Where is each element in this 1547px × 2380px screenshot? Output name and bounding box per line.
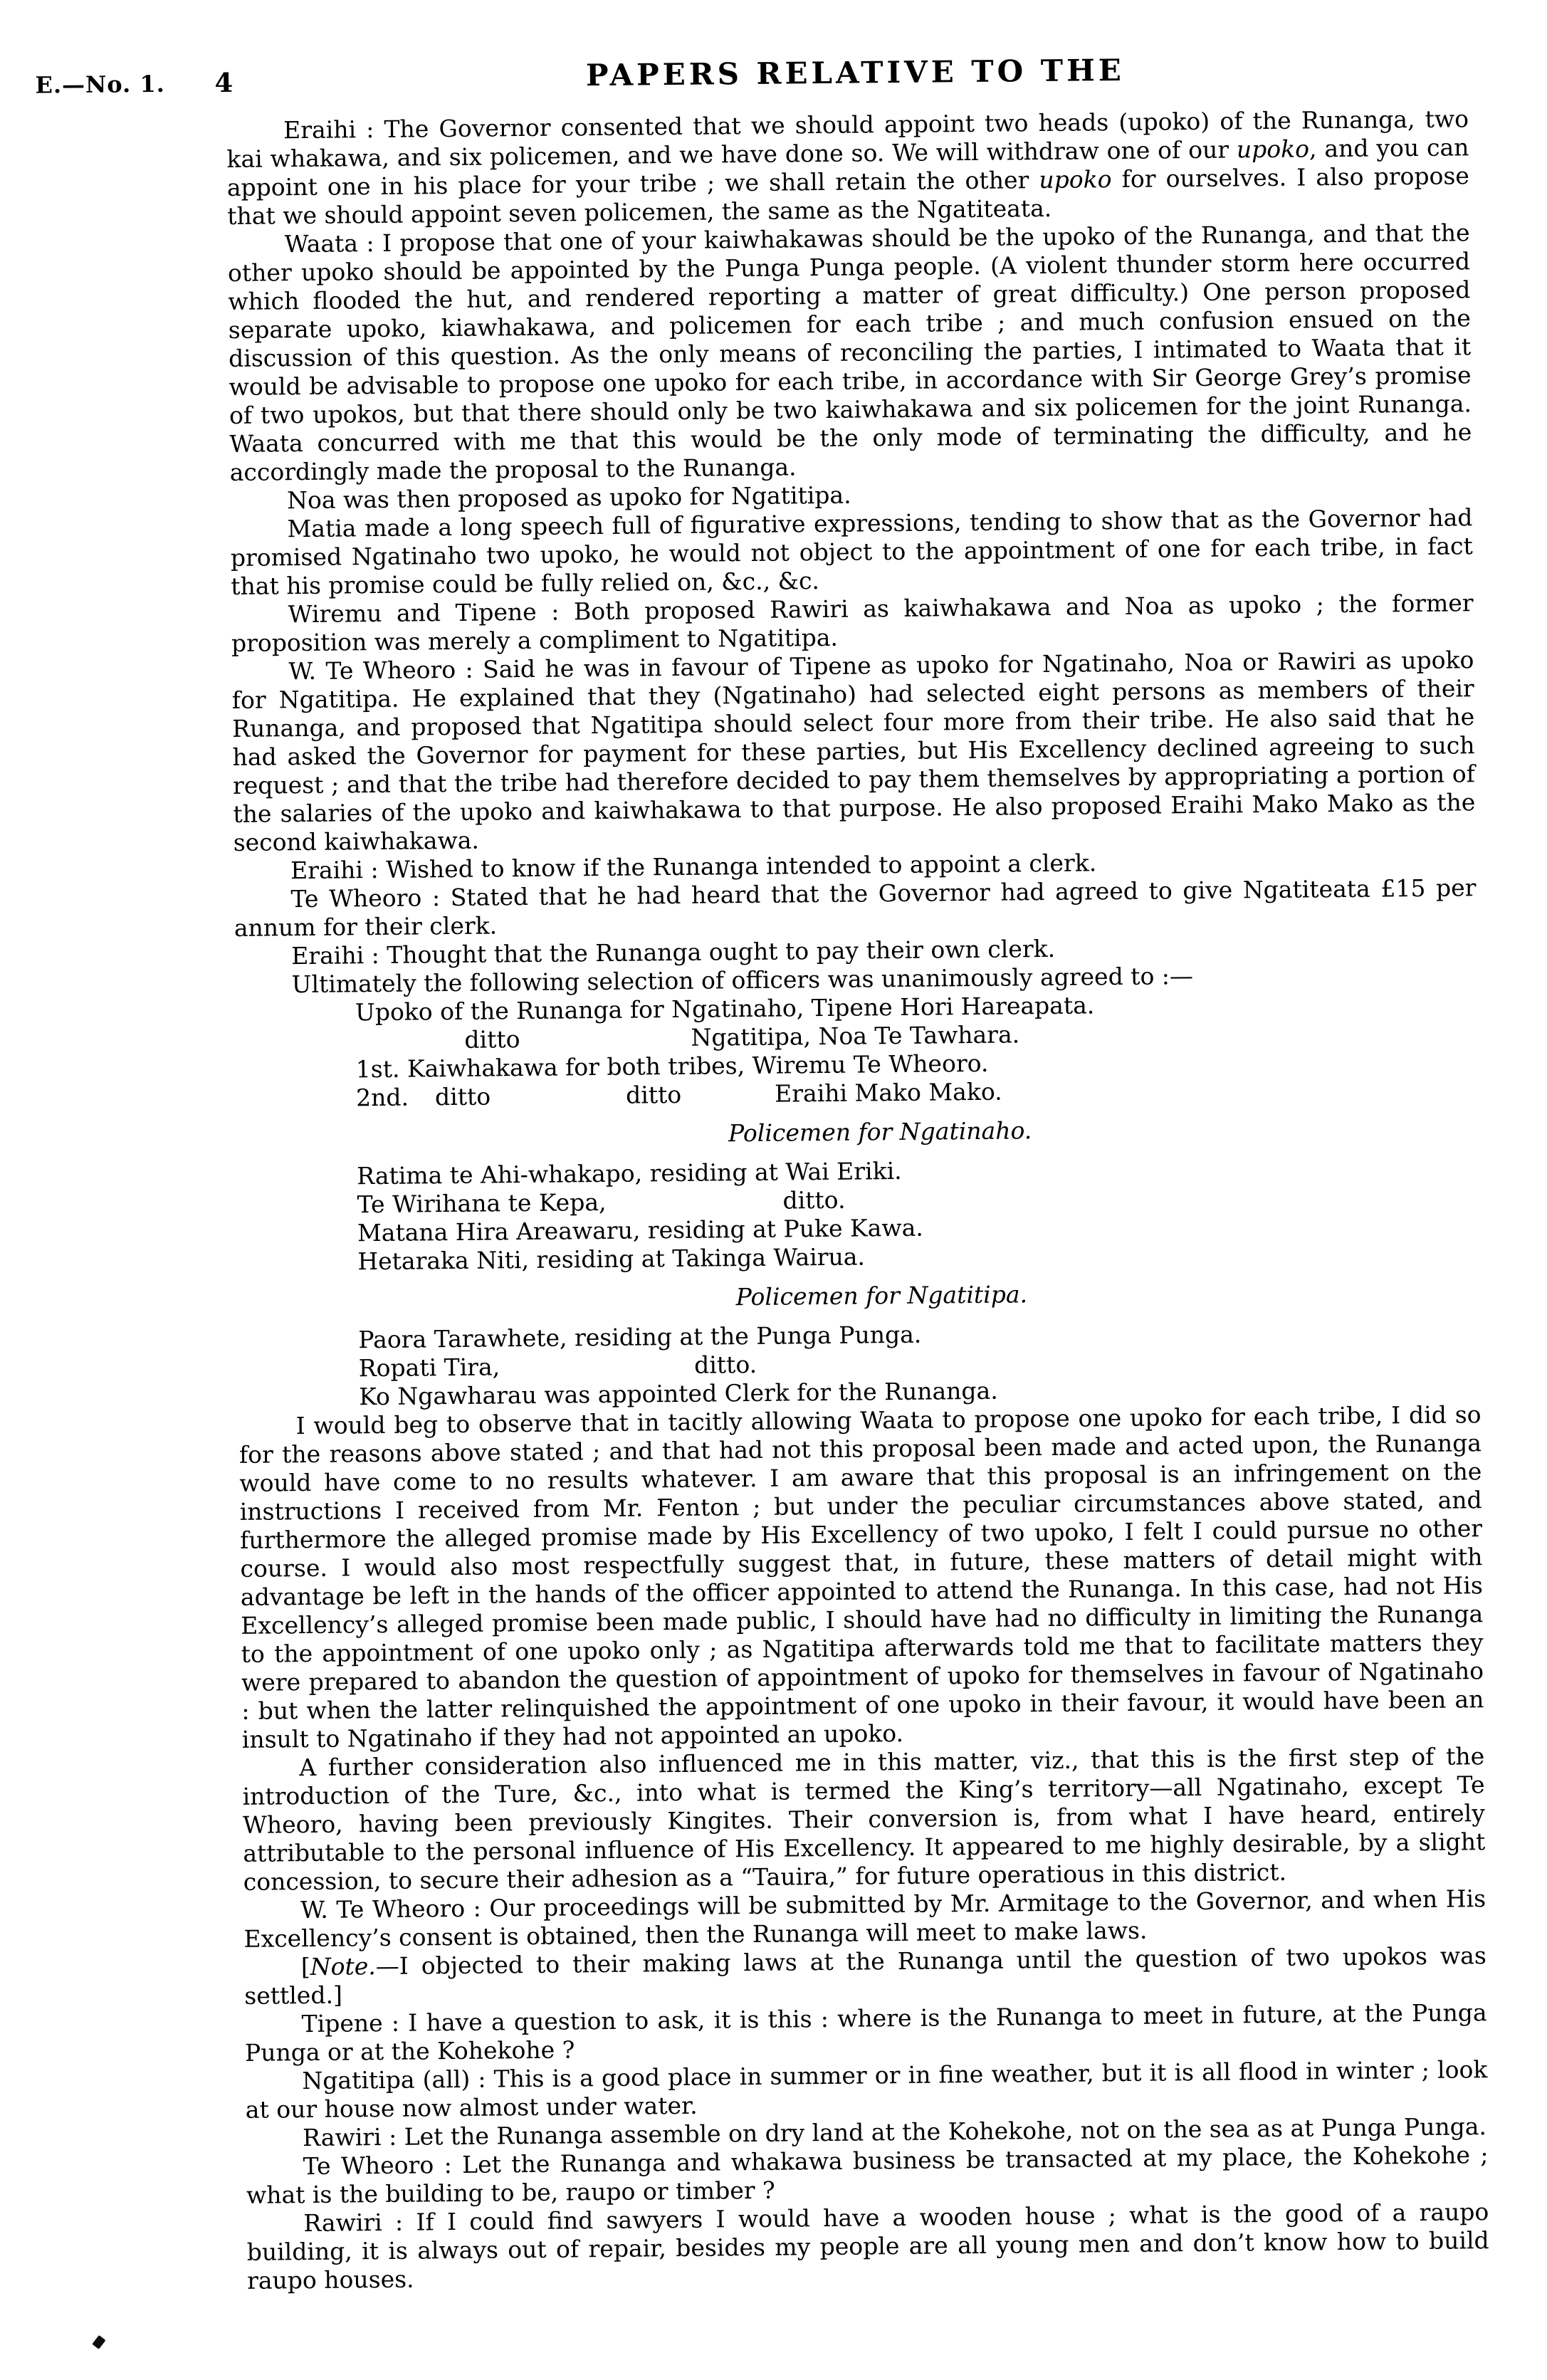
text-run: Te Wheoro : Stated that he had heard tha… — [234, 874, 1477, 942]
paragraph-matia: Matia made a long speech full of figurat… — [230, 503, 1473, 601]
text-run: Te Wheoro : Let the Runanga and whakawa … — [246, 2141, 1489, 2209]
italic-text-run: Note. — [310, 1952, 376, 1981]
text-run: A further consideration also influenced … — [242, 1742, 1485, 1896]
text-run: ditto. — [694, 1351, 757, 1379]
italic-text-run: Policemen for Ngatitipa. — [736, 1280, 1028, 1311]
text-run: —I objected to their making laws at the … — [244, 1941, 1486, 2010]
text-run: ditto — [435, 1083, 491, 1111]
column-spacer — [409, 1104, 435, 1105]
text-run: Wiremu and Tipene : Both proposed Rawiri… — [231, 589, 1474, 657]
text-run: Hetaraka Niti, residing at Takinga Wairu… — [357, 1242, 865, 1275]
column-spacer — [500, 1373, 694, 1375]
text-run: ditto — [464, 1025, 520, 1054]
text-run: Noa was then proposed as upoko for Ngati… — [287, 481, 851, 515]
heading-policemen-ngatinaho: Policemen for Ngatinaho. — [282, 1112, 1479, 1152]
column-spacer — [356, 1047, 465, 1049]
text-column: Eraihi : The Governor consented that we … — [226, 105, 1489, 2295]
text-run: ditto. — [782, 1186, 845, 1215]
italic-text-run: Policemen for Ngatinaho. — [728, 1116, 1032, 1147]
italic-text-run: upoko — [1237, 135, 1309, 163]
text-run: Waata : I propose that one of your kaiwh… — [228, 219, 1472, 486]
text-run: Matia made a long speech full of figurat… — [231, 503, 1473, 600]
text-run: W. Te Wheoro : Said he was in favour of … — [232, 646, 1476, 856]
text-run: Rawiri : If I could find sawyers I would… — [247, 2198, 1489, 2295]
text-run: Ngatitipa, Noa Te Tawhara. — [691, 1020, 1019, 1051]
text-run: Paora Tarawhete, residing at the Punga P… — [358, 1321, 921, 1354]
paragraph-further-consideration: A further consideration also influenced … — [242, 1742, 1486, 1897]
text-run: [ — [301, 1953, 310, 1981]
paragraph-waata: Waata : I propose that one of your kaiwh… — [227, 219, 1472, 487]
column-spacer — [520, 1045, 691, 1047]
column-spacer — [491, 1103, 626, 1105]
ink-spot-artifact — [92, 2335, 105, 2349]
page-number: 4 — [214, 67, 233, 98]
text-run: Ropati Tira, — [359, 1353, 500, 1382]
paragraph-rawiri-2: Rawiri : If I could find sawyers I would… — [246, 2198, 1489, 2295]
text-run: I would beg to observe that in tacitly a… — [239, 1400, 1484, 1753]
column-spacer — [681, 1101, 775, 1103]
paragraph-observation: I would beg to observe that in tacitly a… — [238, 1400, 1484, 1754]
paragraph-w-te-wheoro-1: W. Te Wheoro : Said he was in favour of … — [231, 646, 1476, 857]
paragraph-eraihi-1: Eraihi : The Governor consented that we … — [226, 105, 1469, 231]
text-run: Te Wirihana te Kepa, — [357, 1188, 606, 1218]
scanned-sheet: E.—No. 1. 4 PAPERS RELATIVE TO THE Eraih… — [0, 0, 1547, 2380]
text-run: Tipene : I have a question to ask, it is… — [245, 1998, 1487, 2067]
text-run: Ngatitipa (all) : This is a good place i… — [246, 2055, 1488, 2124]
heading-policemen-ngatitipa: Policemen for Ngatitipa. — [283, 1276, 1480, 1316]
text-run: 2nd. — [356, 1084, 409, 1112]
text-run: Ratima te Ahi-whakapo, residing at Wai E… — [357, 1157, 902, 1190]
italic-text-run: upoko — [1039, 165, 1111, 194]
text-run: ditto — [626, 1081, 681, 1109]
edition-label: E.—No. 1. — [35, 70, 165, 99]
document-page: E.—No. 1. 4 PAPERS RELATIVE TO THE Eraih… — [0, 0, 1547, 2380]
text-run: W. Te Wheoro : Our proceedings will be s… — [243, 1884, 1486, 1953]
running-title: PAPERS RELATIVE TO THE — [586, 53, 1125, 93]
text-run: Eraihi Mako Mako. — [775, 1078, 1002, 1108]
column-spacer — [607, 1208, 783, 1210]
text-run: Matana Hira Areawaru, residing at Puke K… — [357, 1214, 923, 1247]
